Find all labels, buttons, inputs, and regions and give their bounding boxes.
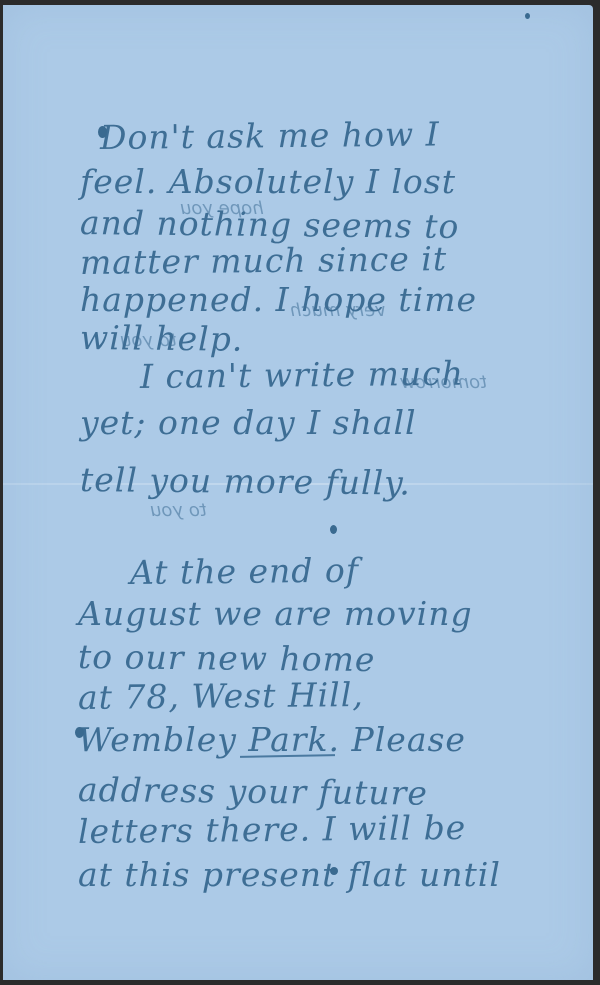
bleed-through-word: to you <box>150 500 207 521</box>
handwritten-line: to our new home <box>78 637 376 679</box>
handwritten-line: happened. I hope time <box>80 280 477 319</box>
ink-blot <box>98 126 107 138</box>
bleed-through-word: tomorrow <box>400 372 487 393</box>
handwritten-line: August we are moving <box>78 594 473 633</box>
handwritten-line: Don't ask me how I <box>100 114 440 157</box>
ink-blot <box>525 13 530 19</box>
handwritten-line: yet; one day I shall <box>80 403 417 442</box>
handwritten-line: at this present flat until <box>78 855 501 894</box>
bleed-through-word: hope you <box>180 198 264 219</box>
handwritten-line: address your future <box>78 770 428 813</box>
bleed-through-word: to you <box>120 330 177 351</box>
ink-blot <box>330 525 337 534</box>
handwritten-line: at 78, West Hill, <box>78 675 364 717</box>
handwritten-line: matter much since it <box>80 239 448 282</box>
ink-blot <box>330 867 338 875</box>
handwritten-line: Wembley Park. Please <box>78 720 466 759</box>
bleed-through-word: very much <box>290 300 386 321</box>
ink-blot <box>75 727 84 738</box>
handwritten-line: letters there. I will be <box>78 808 467 851</box>
handwritten-line: At the end of <box>130 551 359 592</box>
handwritten-line: tell you more fully. <box>80 460 411 502</box>
handwritten-line: feel. Absolutely I lost <box>80 162 456 201</box>
